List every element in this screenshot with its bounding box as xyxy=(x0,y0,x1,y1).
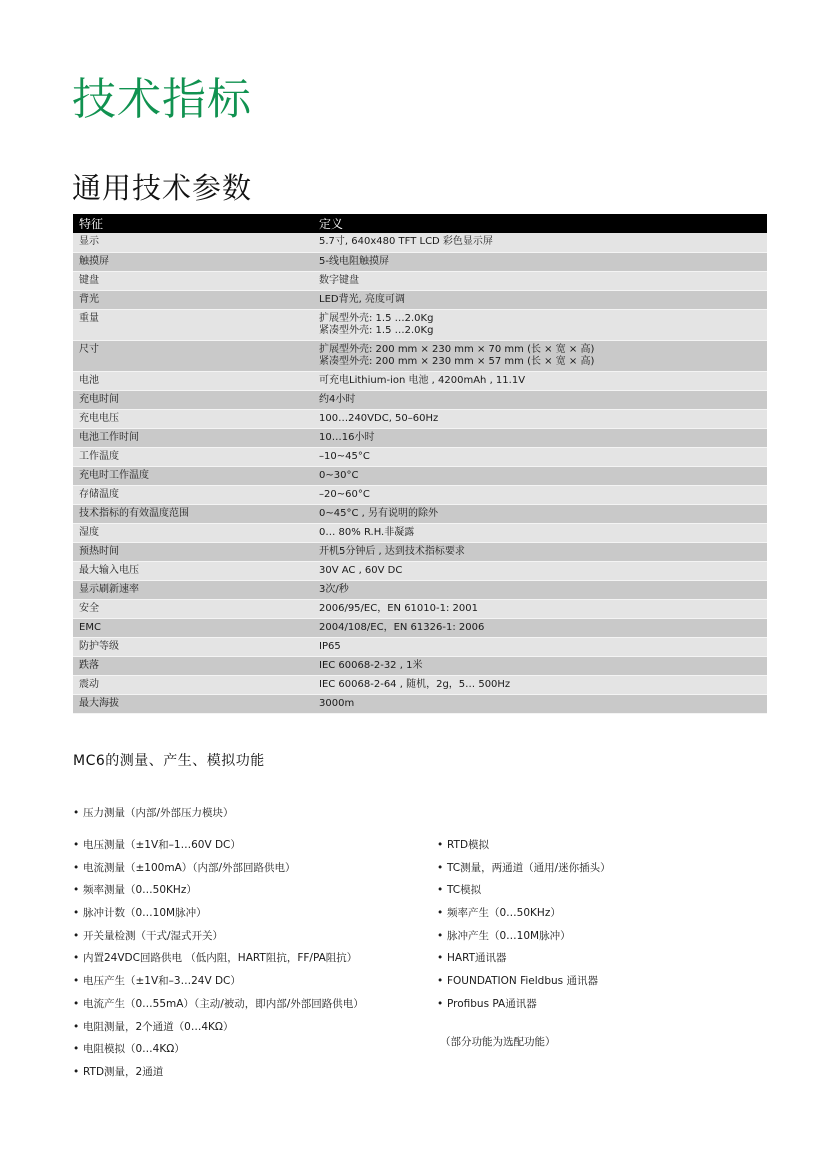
spec-table-body: 显示5.7寸, 640x480 TFT LCD 彩色显示屏触摸屏5-线电阻触摸屏… xyxy=(73,233,767,713)
list-item: •频率产生（0…50KHz） xyxy=(437,906,611,929)
table-row: 最大输入电压30V AC , 60V DC xyxy=(73,561,767,580)
definition-line: 0~30°C xyxy=(319,470,761,482)
list-item: •开关量检测（干式/湿式开关） xyxy=(73,929,364,952)
list-item: •TC模拟 xyxy=(437,883,611,906)
list-item: •Profibus PA通讯器 xyxy=(437,997,611,1020)
feature-cell: 预热时间 xyxy=(73,542,313,561)
table-row: 键盘数字键盘 xyxy=(73,271,767,290)
bullet-icon: • xyxy=(73,951,83,965)
bullet-icon: • xyxy=(73,806,83,820)
definition-line: 约4小时 xyxy=(319,394,761,406)
list-item-text: 频率产生（0…50KHz） xyxy=(447,907,561,919)
list-item-text: 开关量检测（干式/湿式开关） xyxy=(83,930,223,942)
definition-line: 0~45°C , 另有说明的除外 xyxy=(319,508,761,520)
list-item: •频率测量（0…50KHz） xyxy=(73,883,364,906)
feature-cell: 存储温度 xyxy=(73,485,313,504)
list-item-text: HART通讯器 xyxy=(447,952,507,964)
definition-line: IP65 xyxy=(319,641,761,653)
feature-cell: 防护等级 xyxy=(73,637,313,656)
definition-cell: IP65 xyxy=(313,637,767,656)
definition-cell: 100…240VDC, 50–60Hz xyxy=(313,409,767,428)
bullet-icon: • xyxy=(73,997,83,1011)
table-row: 工作温度–10~45°C xyxy=(73,447,767,466)
spec-table: 特征 定义 显示5.7寸, 640x480 TFT LCD 彩色显示屏触摸屏5-… xyxy=(73,214,767,714)
list-item-text: 内置24VDC回路供电 （低内阻，HART阻抗，FF/PA阻抗） xyxy=(83,952,357,964)
definition-line: 2006/95/EC，EN 61010-1: 2001 xyxy=(319,603,761,615)
list-item: •脉冲产生（0…10M脉冲） xyxy=(437,929,611,952)
definition-cell: IEC 60068-2-64 , 随机，2g，5… 500Hz xyxy=(313,675,767,694)
definition-cell: LED背光, 亮度可调 xyxy=(313,290,767,309)
list-item-text: 频率测量（0…50KHz） xyxy=(83,884,197,896)
definition-cell: 扩展型外壳: 200 mm × 230 mm × 70 mm (长 × 宽 × … xyxy=(313,340,767,371)
definition-line: 10…16小时 xyxy=(319,432,761,444)
bullet-icon: • xyxy=(73,929,83,943)
bullet-icon: • xyxy=(73,861,83,875)
bullet-icon: • xyxy=(73,1042,83,1056)
bullet-icon: • xyxy=(73,1020,83,1034)
list-item: •HART通讯器 xyxy=(437,951,611,974)
definition-line: 30V AC , 60V DC xyxy=(319,565,761,577)
bullet-icon: • xyxy=(437,929,447,943)
table-row: 电池可充电Lithium-ion 电池 , 4200mAh , 11.1V xyxy=(73,371,767,390)
definition-cell: –20~60°C xyxy=(313,485,767,504)
definition-line: –10~45°C xyxy=(319,451,761,463)
functions-top-list: •压力测量（内部/外部压力模块） xyxy=(73,806,234,829)
table-row: 跌落IEC 60068-2-32 , 1米 xyxy=(73,656,767,675)
feature-cell: 显示刷新速率 xyxy=(73,580,313,599)
table-row: 湿度0… 80% R.H.非凝露 xyxy=(73,523,767,542)
definition-cell: 3000m xyxy=(313,694,767,713)
list-item: •内置24VDC回路供电 （低内阻，HART阻抗，FF/PA阻抗） xyxy=(73,951,364,974)
feature-cell: 最大输入电压 xyxy=(73,561,313,580)
table-row: 背光LED背光, 亮度可调 xyxy=(73,290,767,309)
table-row: 显示刷新速率3次/秒 xyxy=(73,580,767,599)
feature-cell: 最大海拔 xyxy=(73,694,313,713)
bullet-icon: • xyxy=(437,997,447,1011)
header-feature: 特征 xyxy=(73,214,313,233)
definition-cell: IEC 60068-2-32 , 1米 xyxy=(313,656,767,675)
definition-cell: –10~45°C xyxy=(313,447,767,466)
definition-cell: 可充电Lithium-ion 电池 , 4200mAh , 11.1V xyxy=(313,371,767,390)
table-row: 充电时工作温度0~30°C xyxy=(73,466,767,485)
feature-cell: 重量 xyxy=(73,309,313,340)
feature-cell: 背光 xyxy=(73,290,313,309)
feature-cell: 电池工作时间 xyxy=(73,428,313,447)
definition-line: 扩展型外壳: 1.5 …2.0Kg xyxy=(319,313,761,325)
definition-line: 0… 80% R.H.非凝露 xyxy=(319,527,761,539)
table-row: 最大海拔3000m xyxy=(73,694,767,713)
definition-line: 数字键盘 xyxy=(319,275,761,287)
bullet-icon: • xyxy=(437,951,447,965)
list-item: •脉冲计数（0…10M脉冲） xyxy=(73,906,364,929)
spec-table-header: 特征 定义 xyxy=(73,214,767,233)
definition-cell: 5.7寸, 640x480 TFT LCD 彩色显示屏 xyxy=(313,233,767,252)
feature-cell: 电池 xyxy=(73,371,313,390)
feature-cell: 震动 xyxy=(73,675,313,694)
definition-cell: 30V AC , 60V DC xyxy=(313,561,767,580)
section-title-general-specs: 通用技术参数 xyxy=(72,170,252,206)
definition-cell: 0… 80% R.H.非凝露 xyxy=(313,523,767,542)
definition-line: 100…240VDC, 50–60Hz xyxy=(319,413,761,425)
list-item-text: 脉冲产生（0…10M脉冲） xyxy=(447,930,571,942)
list-item-text: RTD模拟 xyxy=(447,839,489,851)
definition-line: IEC 60068-2-64 , 随机，2g，5… 500Hz xyxy=(319,679,761,691)
feature-cell: 工作温度 xyxy=(73,447,313,466)
definition-cell: 数字键盘 xyxy=(313,271,767,290)
definition-line: 3次/秒 xyxy=(319,584,761,596)
table-row: 显示5.7寸, 640x480 TFT LCD 彩色显示屏 xyxy=(73,233,767,252)
list-item: •电阻模拟（0…4KΩ） xyxy=(73,1042,364,1065)
definition-line: 紧凑型外壳: 200 mm × 230 mm × 57 mm (长 × 宽 × … xyxy=(319,356,761,368)
list-item-text: 电流产生（0…55mA）（主动/被动，即内部/外部回路供电） xyxy=(83,998,364,1010)
functions-title: MC6的测量、产生、模拟功能 xyxy=(73,751,265,771)
list-item-text: 电压测量（±1V和–1…60V DC） xyxy=(83,839,241,851)
definition-cell: 扩展型外壳: 1.5 …2.0Kg紧凑型外壳: 1.5 …2.0Kg xyxy=(313,309,767,340)
list-item-text: TC模拟 xyxy=(447,884,481,896)
table-row: 安全2006/95/EC，EN 61010-1: 2001 xyxy=(73,599,767,618)
list-item: •TC测量，两通道（通用/迷你插头） xyxy=(437,861,611,884)
table-row: 防护等级IP65 xyxy=(73,637,767,656)
list-item-text: TC测量，两通道（通用/迷你插头） xyxy=(447,862,611,874)
bullet-icon: • xyxy=(73,1065,83,1079)
feature-cell: 跌落 xyxy=(73,656,313,675)
list-item-text: 电压产生（±1V和–3…24V DC） xyxy=(83,975,241,987)
table-row: 触摸屏5-线电阻触摸屏 xyxy=(73,252,767,271)
definition-line: 可充电Lithium-ion 电池 , 4200mAh , 11.1V xyxy=(319,375,761,387)
definition-line: 紧凑型外壳: 1.5 …2.0Kg xyxy=(319,325,761,337)
list-item-text: Profibus PA通讯器 xyxy=(447,998,537,1010)
list-item: •电流产生（0…55mA）（主动/被动，即内部/外部回路供电） xyxy=(73,997,364,1020)
table-row: 存储温度–20~60°C xyxy=(73,485,767,504)
functions-left-list: •电压测量（±1V和–1…60V DC）•电流测量（±100mA）（内部/外部回… xyxy=(73,838,364,1088)
feature-cell: EMC xyxy=(73,618,313,637)
definition-line: 5-线电阻触摸屏 xyxy=(319,256,761,268)
list-item: •电阻测量，2个通道（0…4KΩ） xyxy=(73,1020,364,1043)
definition-cell: 3次/秒 xyxy=(313,580,767,599)
table-row: 预热时间开机5分钟后 , 达到技术指标要求 xyxy=(73,542,767,561)
list-item-text: 压力测量（内部/外部压力模块） xyxy=(83,807,234,819)
bullet-icon: • xyxy=(437,861,447,875)
bullet-icon: • xyxy=(73,906,83,920)
bullet-icon: • xyxy=(437,906,447,920)
bullet-icon: • xyxy=(73,838,83,852)
list-item: •RTD测量，2通道 xyxy=(73,1065,364,1088)
header-definition: 定义 xyxy=(313,214,767,233)
list-item: •RTD模拟 xyxy=(437,838,611,861)
table-row: 震动IEC 60068-2-64 , 随机，2g，5… 500Hz xyxy=(73,675,767,694)
definition-line: 扩展型外壳: 200 mm × 230 mm × 70 mm (长 × 宽 × … xyxy=(319,344,761,356)
functions-right-list: •RTD模拟•TC测量，两通道（通用/迷你插头）•TC模拟•频率产生（0…50K… xyxy=(437,838,611,1020)
definition-cell: 2004/108/EC，EN 61326-1: 2006 xyxy=(313,618,767,637)
definition-line: LED背光, 亮度可调 xyxy=(319,294,761,306)
table-row: EMC2004/108/EC，EN 61326-1: 2006 xyxy=(73,618,767,637)
feature-cell: 技术指标的有效温度范围 xyxy=(73,504,313,523)
definition-cell: 10…16小时 xyxy=(313,428,767,447)
list-item: •FOUNDATION Fieldbus 通讯器 xyxy=(437,974,611,997)
definition-line: IEC 60068-2-32 , 1米 xyxy=(319,660,761,672)
list-item-text: 脉冲计数（0…10M脉冲） xyxy=(83,907,207,919)
definition-line: –20~60°C xyxy=(319,489,761,501)
list-item-text: RTD测量，2通道 xyxy=(83,1066,163,1078)
feature-cell: 充电电压 xyxy=(73,409,313,428)
definition-cell: 约4小时 xyxy=(313,390,767,409)
definition-cell: 开机5分钟后 , 达到技术指标要求 xyxy=(313,542,767,561)
bullet-icon: • xyxy=(437,838,447,852)
feature-cell: 充电时间 xyxy=(73,390,313,409)
definition-cell: 2006/95/EC，EN 61010-1: 2001 xyxy=(313,599,767,618)
definition-line: 2004/108/EC，EN 61326-1: 2006 xyxy=(319,622,761,634)
feature-cell: 安全 xyxy=(73,599,313,618)
list-item-text: 电阻测量，2个通道（0…4KΩ） xyxy=(83,1021,233,1033)
table-row: 充电时间约4小时 xyxy=(73,390,767,409)
bullet-icon: • xyxy=(73,974,83,988)
feature-cell: 充电时工作温度 xyxy=(73,466,313,485)
bullet-icon: • xyxy=(73,883,83,897)
optional-note: （部分功能为选配功能） xyxy=(440,1034,556,1049)
table-row: 尺寸扩展型外壳: 200 mm × 230 mm × 70 mm (长 × 宽 … xyxy=(73,340,767,371)
bullet-icon: • xyxy=(437,883,447,897)
definition-cell: 0~30°C xyxy=(313,466,767,485)
feature-cell: 湿度 xyxy=(73,523,313,542)
feature-cell: 键盘 xyxy=(73,271,313,290)
feature-cell: 触摸屏 xyxy=(73,252,313,271)
definition-cell: 5-线电阻触摸屏 xyxy=(313,252,767,271)
list-item-text: 电流测量（±100mA）（内部/外部回路供电） xyxy=(83,862,296,874)
list-item: •电压产生（±1V和–3…24V DC） xyxy=(73,974,364,997)
list-item: •压力测量（内部/外部压力模块） xyxy=(73,806,234,829)
list-item: •电压测量（±1V和–1…60V DC） xyxy=(73,838,364,861)
list-item: •电流测量（±100mA）（内部/外部回路供电） xyxy=(73,861,364,884)
table-row: 充电电压100…240VDC, 50–60Hz xyxy=(73,409,767,428)
definition-line: 5.7寸, 640x480 TFT LCD 彩色显示屏 xyxy=(319,236,761,248)
definition-line: 开机5分钟后 , 达到技术指标要求 xyxy=(319,546,761,558)
table-row: 电池工作时间10…16小时 xyxy=(73,428,767,447)
list-item-text: 电阻模拟（0…4KΩ） xyxy=(83,1043,185,1055)
definition-cell: 0~45°C , 另有说明的除外 xyxy=(313,504,767,523)
list-item-text: FOUNDATION Fieldbus 通讯器 xyxy=(447,975,598,987)
bullet-icon: • xyxy=(437,974,447,988)
page-title: 技术指标 xyxy=(72,72,252,128)
feature-cell: 显示 xyxy=(73,233,313,252)
feature-cell: 尺寸 xyxy=(73,340,313,371)
definition-line: 3000m xyxy=(319,698,761,710)
table-row: 重量扩展型外壳: 1.5 …2.0Kg紧凑型外壳: 1.5 …2.0Kg xyxy=(73,309,767,340)
table-row: 技术指标的有效温度范围0~45°C , 另有说明的除外 xyxy=(73,504,767,523)
